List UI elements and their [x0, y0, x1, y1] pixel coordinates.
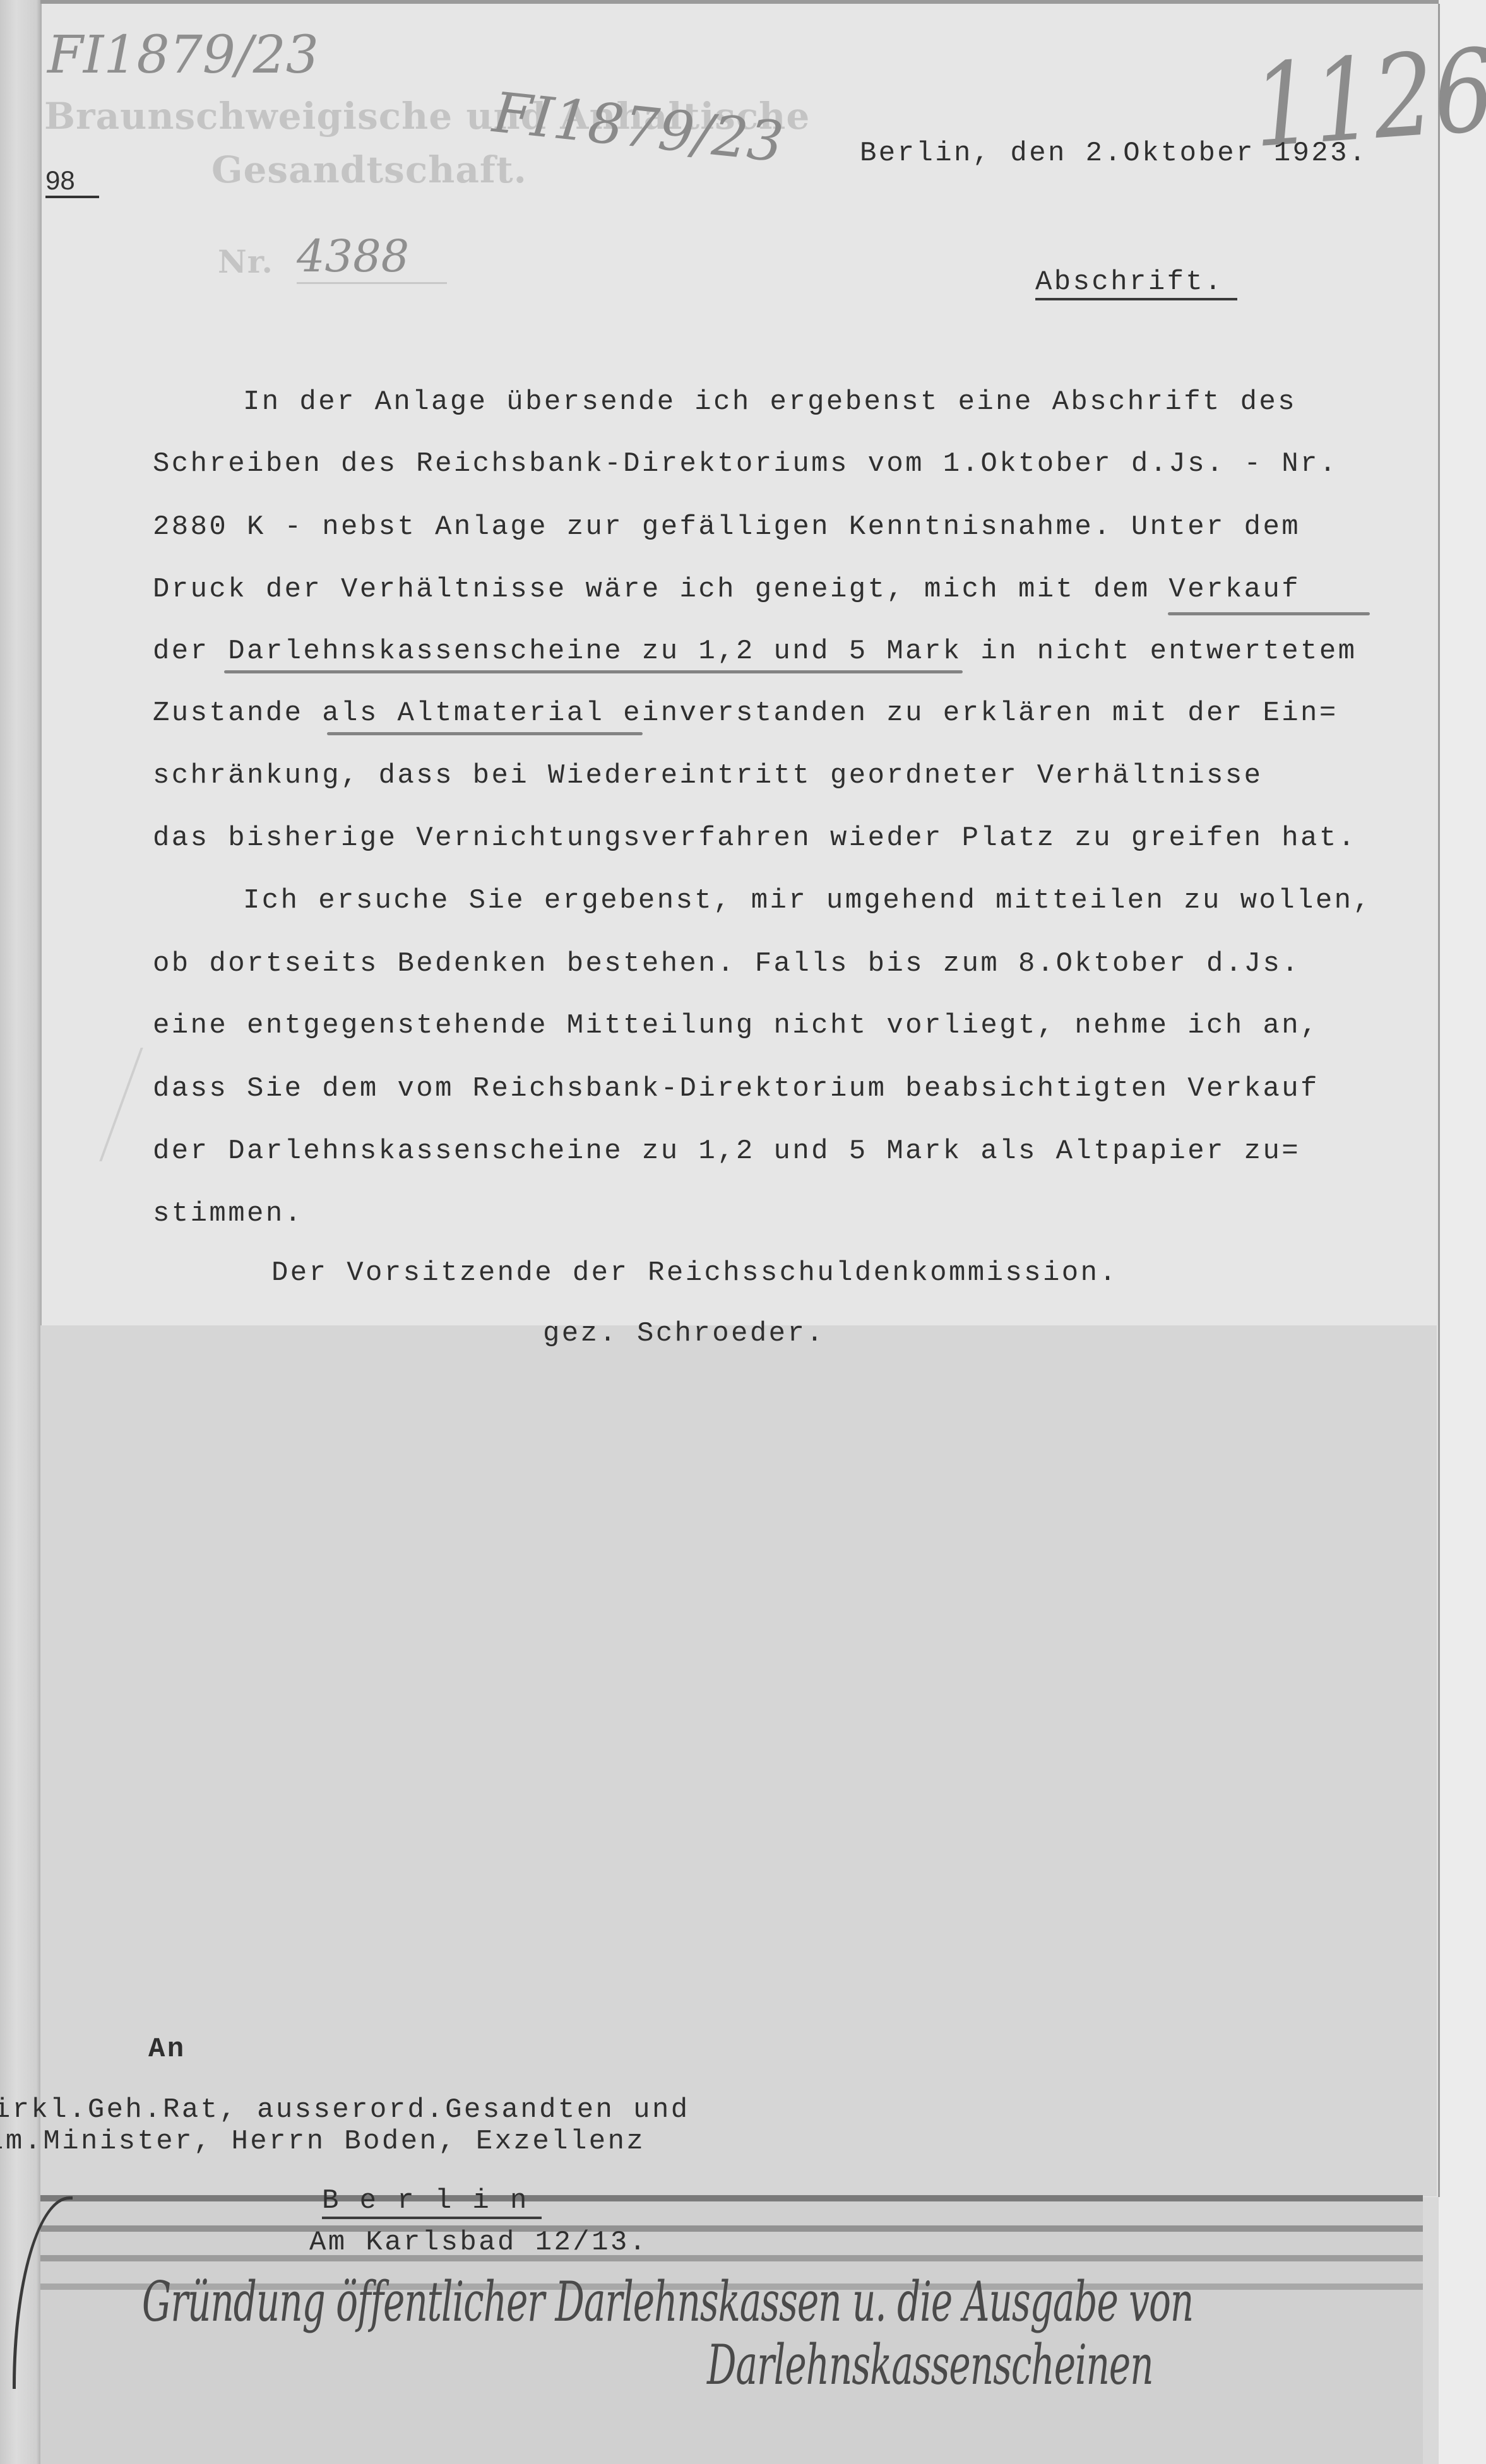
- pencil-underline: [327, 732, 643, 735]
- addressee-prefix: An: [148, 2034, 186, 2065]
- body-line: Ich ersuche Sie ergebenst, mir umgehend …: [243, 885, 1372, 916]
- signature-title: Der Vorsitzende der Reichsschuldenkommis…: [271, 1257, 1118, 1289]
- addressee-city: B e r l i n: [322, 2185, 542, 2219]
- nr-value: 4388: [297, 230, 447, 284]
- page-shadow-region: [40, 1325, 1437, 2196]
- body-line: In der Anlage übersende ich ergebenst ei…: [243, 386, 1297, 418]
- body-line: ob dortseits Bedenken bestehen. Falls bi…: [153, 948, 1300, 980]
- heading-abschrift: Abschrift.: [1035, 266, 1237, 300]
- pencil-underline: [224, 670, 963, 673]
- page-top-edge: [40, 0, 1439, 4]
- handwritten-note-line-1: Gründung öffentlicher Darlehnskassen u. …: [142, 2270, 1193, 2334]
- body-line: 2880 K - nebst Anlage zur gefälligen Ken…: [153, 511, 1300, 543]
- adjacent-page-edge: [1439, 0, 1486, 2464]
- body-line: Schreiben des Reichsbank-Direktoriums vo…: [153, 448, 1338, 480]
- body-line: der Darlehnskassenscheine zu 1,2 und 5 M…: [153, 636, 1357, 667]
- handwritten-note-line-2: Darlehnskassenscheinen: [707, 2333, 1153, 2397]
- addressee-line-2: Bevollm.Minister, Herrn Boden, Exzellenz: [0, 2126, 645, 2157]
- letterhead-line-2: Gesandtschaft.: [211, 148, 527, 191]
- folio-number: 98: [45, 165, 99, 198]
- signature-name: gez. Schroeder.: [543, 1318, 825, 1349]
- addressee-street: Am Karlsbad 12/13.: [309, 2227, 648, 2258]
- body-line: dass Sie dem vom Reichsbank-Direktorium …: [153, 1073, 1319, 1105]
- body-line: eine entgegenstehende Mitteilung nicht v…: [153, 1010, 1319, 1041]
- addressee-line-1: Wirkl.Geh.Rat, ausserord.Gesandten und: [0, 2094, 690, 2126]
- nr-label: Nr.: [218, 243, 273, 280]
- body-line: Zustande als Altmaterial einverstanden z…: [153, 697, 1338, 729]
- body-line: stimmen.: [153, 1198, 303, 1229]
- body-line: schränkung, dass bei Wiedereintritt geor…: [153, 760, 1263, 791]
- pencil-underline: [1168, 612, 1370, 615]
- body-line: das bisherige Vernichtungsverfahren wied…: [153, 822, 1357, 854]
- date-line: Berlin, den 2.Oktober 1923.: [860, 138, 1368, 169]
- body-line: Druck der Verhältnisse wäre ich geneigt,…: [153, 574, 1300, 605]
- file-number-stamp: FI1879/23: [47, 25, 319, 85]
- body-line: der Darlehnskassenscheine zu 1,2 und 5 M…: [153, 1135, 1300, 1167]
